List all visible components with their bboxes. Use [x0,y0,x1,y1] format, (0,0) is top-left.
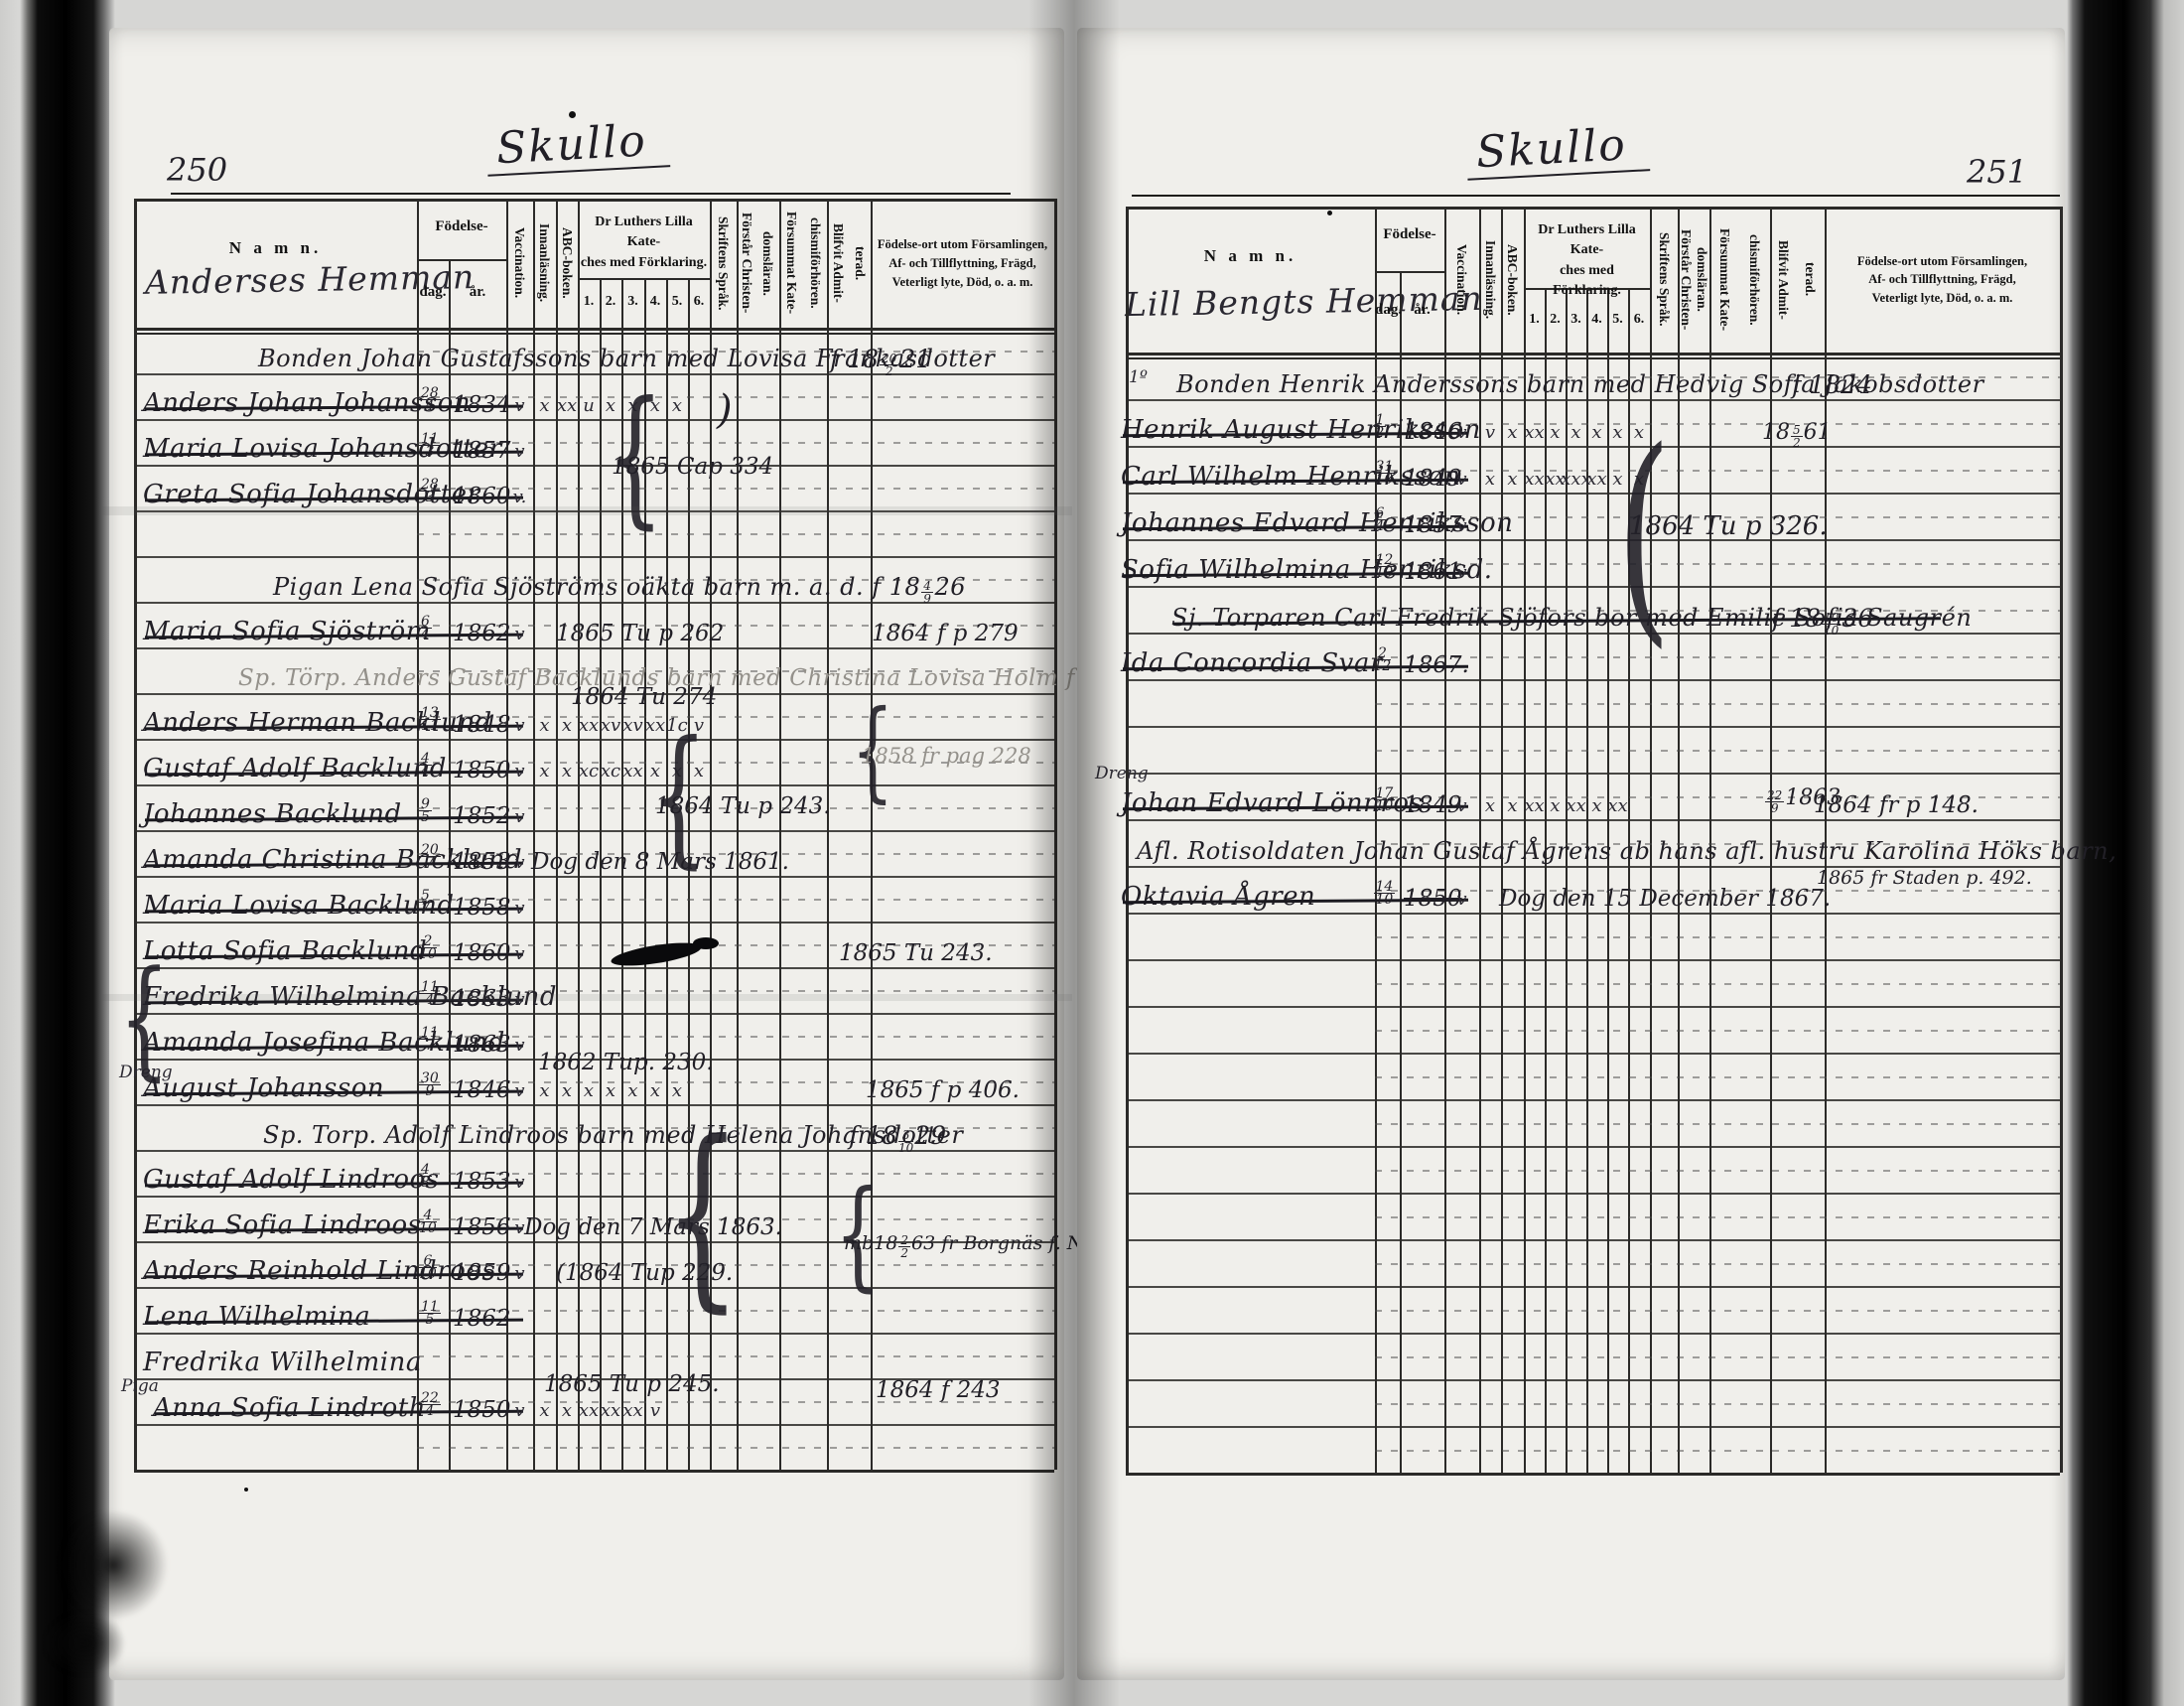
column-line [827,199,829,1470]
birth-day: 309 [418,1072,442,1098]
check-mark: v [1456,515,1466,536]
check-mark: xx [1607,795,1627,816]
birth-year: 1853 [453,1169,511,1195]
check-mark: xx [1524,469,1544,490]
birth-day: 212 [1373,647,1393,673]
margin-note: Dog den 15 December 1867. [1499,886,1831,912]
table-bottom-border [1126,1473,2060,1476]
birth-year: 1859 [453,1260,511,1286]
header-bottom-border [1126,353,2060,355]
column-header-innanlasning: Innanläsning. [533,205,556,322]
check-mark: xx [1566,795,1585,816]
check-mark: x [562,1080,572,1101]
table-dash-rule [417,899,1054,901]
check-mark: x [672,1080,682,1101]
table-rule [1126,1006,2060,1008]
table-rule [1126,586,2060,588]
birth-day: 410 [418,1209,438,1235]
column-header-kateches-2: 2. [1545,312,1566,328]
scan-streak [99,506,1072,515]
check-mark: v [514,1263,524,1284]
margin-note: 1865 Tu 243. [839,940,993,966]
birth-year: 1861 [1404,559,1462,585]
check-mark: x [539,1400,549,1421]
table-dash-rule [417,1355,1054,1357]
birth-year: 1849 [1404,466,1462,492]
column-header-kateches-6: 6. [1628,312,1650,328]
check-mark: xx [622,1400,642,1421]
check-mark: v [1456,422,1466,443]
table-top-border [134,199,1054,202]
column-header-vaccination: Vaccination. [506,205,533,322]
birth-year: 1857 [1404,512,1462,538]
entry-name: Pigan Lena Sofia Sjöströms oäkta barn m.… [273,573,966,606]
running-title: Skullo [1465,118,1650,181]
ink-blot [693,937,719,949]
check-mark: xv [601,715,620,736]
check-mark: x [584,1080,594,1101]
birth-day: 3110 [1373,461,1397,487]
column-header-kateches-5: 5. [1607,312,1628,328]
page-left: 250 Skullo Anderses Hemman N a m n.Födel… [109,28,1064,1680]
birth-year: 1852 [453,803,511,829]
birth-day: 1311 [418,707,442,733]
margin-note: 1864 fr p 148. [1814,792,1979,818]
fodelse-split-line [417,259,506,261]
check-mark: x [539,715,549,736]
check-mark: xx [622,761,642,782]
table-rule [1126,679,2060,681]
table-bottom-border [134,1470,1054,1473]
table-top-border [1126,207,2060,210]
table-dash-rule [1375,470,2060,472]
column-line [1126,207,1129,1473]
column-header-blifvit-admitterad: Blifvit Admit- terad. [827,205,871,322]
page-right: 251 Skullo Lill Bengts Hemman N a m n.Fö… [1077,28,2065,1680]
check-mark: v [514,441,524,462]
check-mark: xx [1524,422,1544,443]
check-mark: xx [557,395,577,416]
column-header-ar: år. [1400,302,1444,319]
column-line [134,199,137,1470]
check-mark: x [1507,795,1517,816]
check-mark: v [514,806,524,827]
check-mark: x [627,1080,637,1101]
margin-note: 1865 Tu p 245. [544,1371,720,1397]
check-mark: x [539,761,549,782]
birth-day: 113 [418,433,442,459]
table-rule [134,830,1054,832]
table-rule [1126,819,2060,821]
birth-day: 64 [1373,507,1388,533]
birth-day: 284 [418,387,442,413]
table-rule [1126,1286,2060,1288]
check-mark: x [539,1080,549,1101]
table-dash-rule [417,442,1054,444]
margin-note: f 1820221 [830,345,931,378]
birth-day: 207 [418,844,442,870]
column-header-fodelseort: Födelse-ort utom Församlingen, Af- och T… [875,235,1050,291]
table-rule [134,1104,1054,1106]
table-dash-rule [1375,1123,2060,1125]
check-mark: v [1456,562,1466,583]
table-rule [1126,399,2060,401]
birth-year: 1858 [453,895,511,921]
table-dash-rule [417,533,1054,535]
table-rule [134,739,1054,741]
birth-year: 1846 [1404,419,1462,445]
column-header-kateches-3: 3. [1566,312,1586,328]
table-rule [134,647,1054,649]
column-header-kateches-6: 6. [688,294,710,310]
table-rule [1126,1193,2060,1195]
margin-note: f 1824 [1792,370,1872,399]
birth-year: 1850 [1404,886,1462,912]
table-rule [134,1287,1054,1289]
table-rule [134,922,1054,924]
table-rule [1126,773,2060,775]
check-mark: x [606,1080,615,1101]
check-mark: v [1456,469,1466,490]
birth-year: 1850 [453,758,511,783]
table-dash-rule [1375,983,2060,985]
table-dash-rule [1375,1263,2060,1265]
birth-year: 1867. [1404,652,1469,678]
column-header-kateches: Dr Luthers Lilla Kate- ches med Förklari… [578,213,710,273]
table-rule [1126,1239,2060,1241]
check-mark: v [650,1400,660,1421]
check-mark: x [1507,422,1517,443]
table-rule [1126,959,2060,961]
column-header-namn: N a m n. [1142,246,1360,266]
birth-day: 1710 [1373,787,1397,813]
column-header-dag: dag. [417,284,449,301]
table-rule [1126,446,2060,448]
check-mark: xx [579,715,599,736]
check-mark: xx [1524,795,1544,816]
column-header-abc-boken: ABC-boken. [1501,213,1524,347]
column-header-forstar-christendomslaran: Förstår Christen- domsläran. [1678,213,1709,347]
table-rule [134,465,1054,467]
column-header-blifvit-admitterad: Blifvit Admit- terad. [1770,213,1825,347]
table-dash-rule [417,396,1054,398]
check-mark: x [1485,795,1495,816]
entry-name: Anders Reinhold Lindroos [143,1256,495,1286]
check-mark: x [1591,422,1601,443]
table-rule [1126,913,2060,915]
page-number: 250 [167,151,227,189]
birth-day: 44 [418,753,433,779]
birth-day: 48 [418,1164,433,1190]
scan-smudge [54,1505,173,1625]
table-dash-rule [1375,1310,2060,1312]
scan-speck [244,1488,248,1492]
column-header-kateches-2: 2. [600,294,621,310]
column-header-dag: dag. [1375,302,1400,319]
birth-day: 283 [418,479,442,504]
margin-note: 185261 [1762,420,1832,450]
film-edge-left [0,0,115,1706]
check-mark: x [1550,422,1560,443]
birth-day: 115 [418,1301,442,1327]
check-mark: x [1550,795,1560,816]
table-rule [134,1013,1054,1015]
birth-year: 1856 [453,1214,511,1240]
scan-smudge [40,1609,129,1678]
birth-day: 95 [418,798,433,824]
column-header-kateches-3: 3. [621,294,644,310]
header-rule [171,193,1011,195]
table-rule [1126,539,2060,541]
birth-year: 1853 [453,849,511,875]
birth-year: 1846 [453,1077,511,1103]
column-header-kateches-4: 4. [1586,312,1607,328]
table-rule [1126,726,2060,728]
column-header-ar: år. [449,284,506,301]
entry-prefix-label: 1º [1129,367,1148,387]
column-line [1586,288,1588,1473]
check-mark: xc [601,761,620,782]
check-mark: v [514,1080,524,1101]
check-mark: v [1485,422,1495,443]
birth-day: 224 [418,1392,442,1418]
entry-name: Oktavia Ågren [1121,882,1315,912]
header-bottom-border2 [134,333,1054,335]
margin-note: Dog den 7 Mars 1863. [524,1214,782,1240]
entry-name: Lena Wilhelmina [143,1302,370,1332]
entry-name: Johannes Backlund [143,799,402,829]
check-mark: v [1456,795,1466,816]
table-rule [1126,1333,2060,1335]
table-rule [1126,633,2060,635]
check-mark: x [562,715,572,736]
margin-note: 1864 f 243 [876,1377,1001,1403]
check-mark: v [514,852,524,873]
entry-name: Maria Lovisa Johansdotter [143,434,502,464]
check-mark: v [514,761,524,782]
column-header-kateches-1: 1. [1524,312,1545,328]
entry-name: Gustaf Adolf Lindroos [143,1165,440,1195]
column-line [1607,288,1609,1473]
table-rule [1126,1146,2060,1148]
column-header-skriftens-sprak: Skriftens Språk. [1650,213,1678,347]
table-dash-rule [417,1447,1054,1449]
scan-speck [569,111,576,118]
check-mark: v [514,395,524,416]
check-mark: v [1456,889,1466,910]
pen-brace: { [663,1116,742,1315]
check-mark: v [514,1400,524,1421]
check-mark: xc [579,761,599,782]
birth-day: 64 [418,616,433,641]
table-dash-rule [1375,1170,2060,1172]
margin-note: 1858 fr pag 228 [862,744,1031,768]
column-line [1545,288,1547,1473]
column-header-forstar-christendomslaran: Förstår Christen- domsläran. [737,205,779,322]
column-header-abc-boken: ABC-boken. [556,205,578,322]
fodelse-split-line [1375,271,1444,273]
check-mark: x [650,1080,660,1101]
margin-note: 1865 Cap 334 [612,454,773,480]
check-mark: v [514,1035,524,1056]
table-rule [134,419,1054,421]
column-header-kateches: Dr Luthers Lilla Kate- ches med Förklari… [1524,220,1650,301]
table-dash-rule [1375,750,2060,752]
check-mark: x [1591,795,1601,816]
pen-brace: ( [1616,422,1672,650]
column-header-skriftens-sprak: Skriftens Språk. [710,205,737,322]
table-rule [1126,493,2060,495]
check-mark: x [672,395,682,416]
check-mark: xx [601,1400,620,1421]
table-dash-rule [1375,1216,2060,1218]
table-dash-rule [1375,1356,2060,1358]
table-dash-rule [1375,1403,2060,1405]
birth-day: 117 [418,1027,442,1053]
running-title: Skullo [485,114,670,177]
column-line [779,199,781,1470]
header-bottom-border [134,328,1054,331]
check-mark: x [562,761,572,782]
table-dash-rule [1375,1450,2060,1452]
check-mark: v [514,943,524,964]
entry-name: Maria Lovisa Backlund [143,891,455,921]
entry-name: Ida Concordia Svar [1121,648,1383,678]
column-header-forsummat-katechisforhoren: Försummat Kate- chismiförhören. [779,205,827,322]
margin-note: Dog den 8 Mars 1861. [531,849,789,875]
entry-name: Maria Sofia Sjöström [143,617,431,646]
check-mark: x [539,395,549,416]
column-header-namn: N a m n. [167,238,385,258]
table-dash-rule [1375,936,2060,938]
table-rule [134,784,1054,786]
scan-speck [1327,211,1332,215]
column-header-kateches-5: 5. [666,294,688,310]
pen-brace: { [119,953,170,1082]
table-dash-rule [417,716,1054,718]
entry-name: Afl. Rotisoldaten Johan Gustaf Ågrens ab… [1137,837,2116,865]
entry-name: Fredrika Wilhelmina [143,1348,422,1377]
table-rule [134,876,1054,878]
table-dash-rule [1375,1076,2060,1078]
check-mark: v [514,624,524,644]
birth-day: 57 [418,890,433,916]
margin-note: 1862 Tup. 230. [538,1050,714,1075]
birth-year: 1862 [453,1306,511,1332]
birth-day: 610 [418,1255,438,1281]
table-rule [134,556,1054,558]
column-header-forsummat-katechisforhoren: Försummat Kate- chismiförhören. [1709,213,1770,347]
birth-year: 1863 [453,1032,511,1058]
birth-year: 1860 [453,940,511,966]
check-mark: v. [513,487,527,507]
check-mark: xx [1586,469,1606,490]
entry-name: Erika Sofia Lindroos [143,1210,421,1240]
column-line [533,199,535,1470]
check-mark: v [514,715,524,736]
header-rule [1132,195,2060,197]
margin-note: 1865 Tu p 262 [556,621,724,646]
margin-note: 1864 Tu p 243. [655,793,831,819]
birth-year: 1848 [453,712,511,738]
birth-year: 1849 [1404,792,1462,818]
birth-day: 12 [1373,414,1388,440]
birth-day: 210 [418,935,438,961]
table-rule [1126,1379,2060,1381]
column-header-vaccination: Vaccination. [1444,213,1479,347]
entry-name: Lotta Sofia Backlund [143,936,427,966]
table-rule [1126,1426,2060,1428]
entry-name: Anna Sofia Lindroth [153,1393,426,1423]
book-gutter-shadow [1028,0,1120,1706]
margin-note: f 18101036 [1772,604,1873,638]
column-header-innanlasning: Innanläsning. [1479,213,1501,347]
check-mark: x [1507,469,1517,490]
check-mark: x [1570,422,1580,443]
margin-note: 1864 Tu 274 [571,684,717,710]
birth-year: 1862 [453,621,511,646]
birth-year: 1834 [453,392,511,418]
check-mark: xx [579,1400,599,1421]
check-mark: x [562,1400,572,1421]
table-rule [1126,1099,2060,1101]
entry-name: Gustaf Adolf Backlund [143,754,447,783]
margin-note: 1865 fr Staden p. 492. [1817,867,2032,889]
margin-note: 1864 f p 279 [872,621,1019,646]
margin-note: ) [717,387,733,433]
birth-year: 1857 [453,438,511,464]
column-header-kateches-1: 1. [578,294,600,310]
table-rule [134,1196,1054,1198]
check-mark: v [514,1172,524,1193]
check-mark: x [1485,469,1495,490]
table-dash-rule [417,1036,1054,1038]
header-bottom-border2 [1126,357,2060,359]
table-rule [134,1424,1054,1426]
check-mark: u [583,395,595,416]
birth-year: 1850 [453,1397,511,1423]
entry-name: Amanda Josefina Backlund [143,1028,505,1058]
scan-streak [99,994,1072,1001]
birth-day: 1210 [1373,554,1397,580]
table-dash-rule [1375,703,2060,705]
table-dash-rule [1375,656,2060,658]
table-rule [134,967,1054,969]
margin-note: f 1831029 [849,1121,946,1155]
margin-note: 1865 f p 406. [866,1077,1020,1103]
column-header-fodelse: Födelse- [402,218,521,235]
table-rule [134,1333,1054,1335]
scanned-register-spread: 250 Skullo Anderses Hemman N a m n.Födel… [0,0,2184,1706]
column-header-fodelseort: Födelse-ort utom Församlingen, Af- och T… [1829,252,2056,308]
column-line [1566,288,1568,1473]
check-mark: v [514,898,524,919]
column-line [1400,271,1402,1473]
entry-name: August Johansson [143,1073,384,1103]
page-number: 251 [1967,153,2027,191]
table-dash-rule [1375,1030,2060,1032]
birth-day: 1410 [1373,881,1397,907]
column-header-kateches-4: 4. [644,294,666,310]
table-rule [1126,1053,2060,1055]
check-mark: xv [622,715,642,736]
